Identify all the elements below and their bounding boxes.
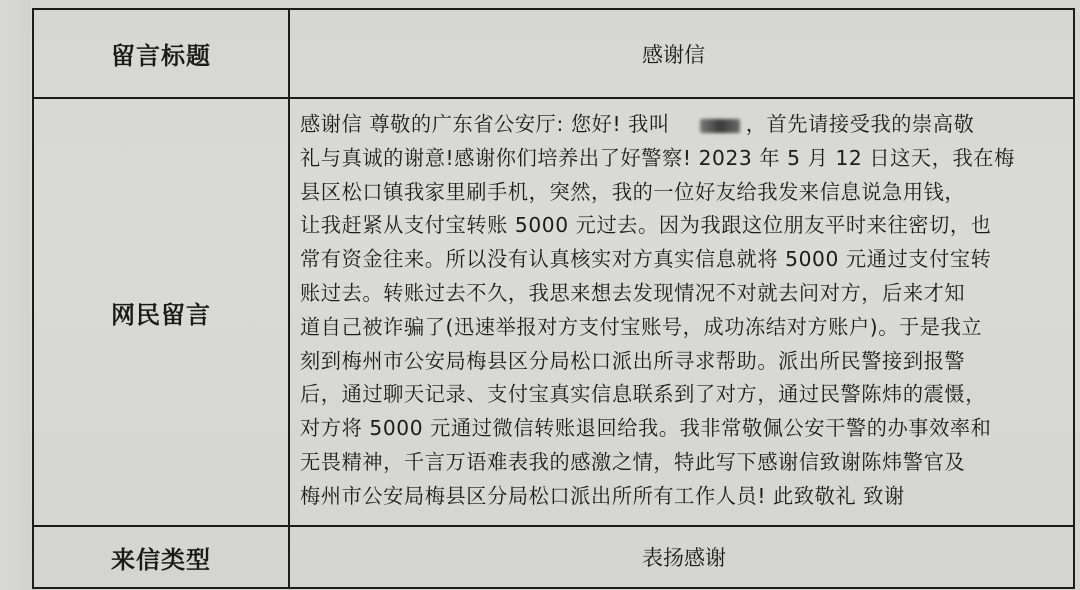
label-netizen-message: 网民留言 (33, 98, 289, 526)
message-form-table: 留言标题 感谢信 网民留言 感谢信 尊敬的广东省公安厅: 您好! 我叫，首先请接… (32, 8, 1075, 589)
label-letter-type: 来信类型 (33, 526, 289, 588)
value-letter-type-cell: 表扬感谢 (289, 526, 1074, 588)
message-line-8: 刻到梅州市公安局梅县区分局松口派出所寻求帮助。派出所民警接到报警 (300, 345, 1063, 379)
netizen-message-body: 感谢信 尊敬的广东省公安厅: 您好! 我叫，首先请接受我的崇高敬 礼与真诚的谢意… (290, 102, 1073, 522)
message-line-12: 梅州市公安局梅县区分局松口派出所所有工作人员! 此致敬礼 致谢 (300, 480, 1063, 514)
message-line-9: 后，通过聊天记录、支付宝真实信息联系到了对方，通过民警陈炜的震慑， (300, 378, 1063, 412)
value-message-title-cell: 感谢信 (289, 9, 1074, 98)
value-message-title: 感谢信 (290, 39, 1073, 69)
message-line-5: 常有资金往来。所以没有认真核实对方真实信息就将 5000 元通过支付宝转 (300, 243, 1063, 277)
message-line-7: 道自己被诈骗了(迅速举报对方支付宝账号，成功冻结对方账户)。于是我立 (300, 311, 1063, 345)
table-row-title: 留言标题 感谢信 (33, 9, 1074, 98)
paper-margin (0, 0, 30, 590)
value-netizen-message-cell: 感谢信 尊敬的广东省公安厅: 您好! 我叫，首先请接受我的崇高敬 礼与真诚的谢意… (289, 98, 1074, 526)
message-line-10: 对方将 5000 元通过微信转账退回给我。我非常敬佩公安干警的办事效率和 (300, 412, 1063, 446)
message-line-1-start: 感谢信 尊敬的广东省公安厅: 您好! 我叫 (300, 112, 670, 136)
label-message-title: 留言标题 (33, 9, 289, 98)
message-line-1-end: ，首先请接受我的崇高敬 (746, 112, 975, 136)
message-line-2: 礼与真诚的谢意!感谢你们培养出了好警察! 2023 年 5 月 12 日这天，我… (300, 142, 1063, 176)
message-line-6: 账过去。转账过去不久，我思来想去发现情况不对就去问对方，后来才知 (300, 277, 1063, 311)
redacted-name-block (700, 119, 740, 133)
message-line-4: 让我赶紧从支付宝转账 5000 元过去。因为我跟这位朋友平时来往密切，也 (300, 209, 1063, 243)
message-line-1: 感谢信 尊敬的广东省公安厅: 您好! 我叫，首先请接受我的崇高敬 (300, 108, 1063, 142)
message-line-3: 县区松口镇我家里刷手机，突然，我的一位好友给我发来信息说急用钱， (300, 176, 1063, 210)
message-line-11: 无畏精神，千言万语难表我的感激之情，特此写下感谢信致谢陈炜警官及 (300, 446, 1063, 480)
table-row-letter-type: 来信类型 表扬感谢 (33, 526, 1074, 588)
table-row-message: 网民留言 感谢信 尊敬的广东省公安厅: 您好! 我叫，首先请接受我的崇高敬 礼与… (33, 98, 1074, 526)
value-letter-type: 表扬感谢 (290, 542, 1073, 572)
